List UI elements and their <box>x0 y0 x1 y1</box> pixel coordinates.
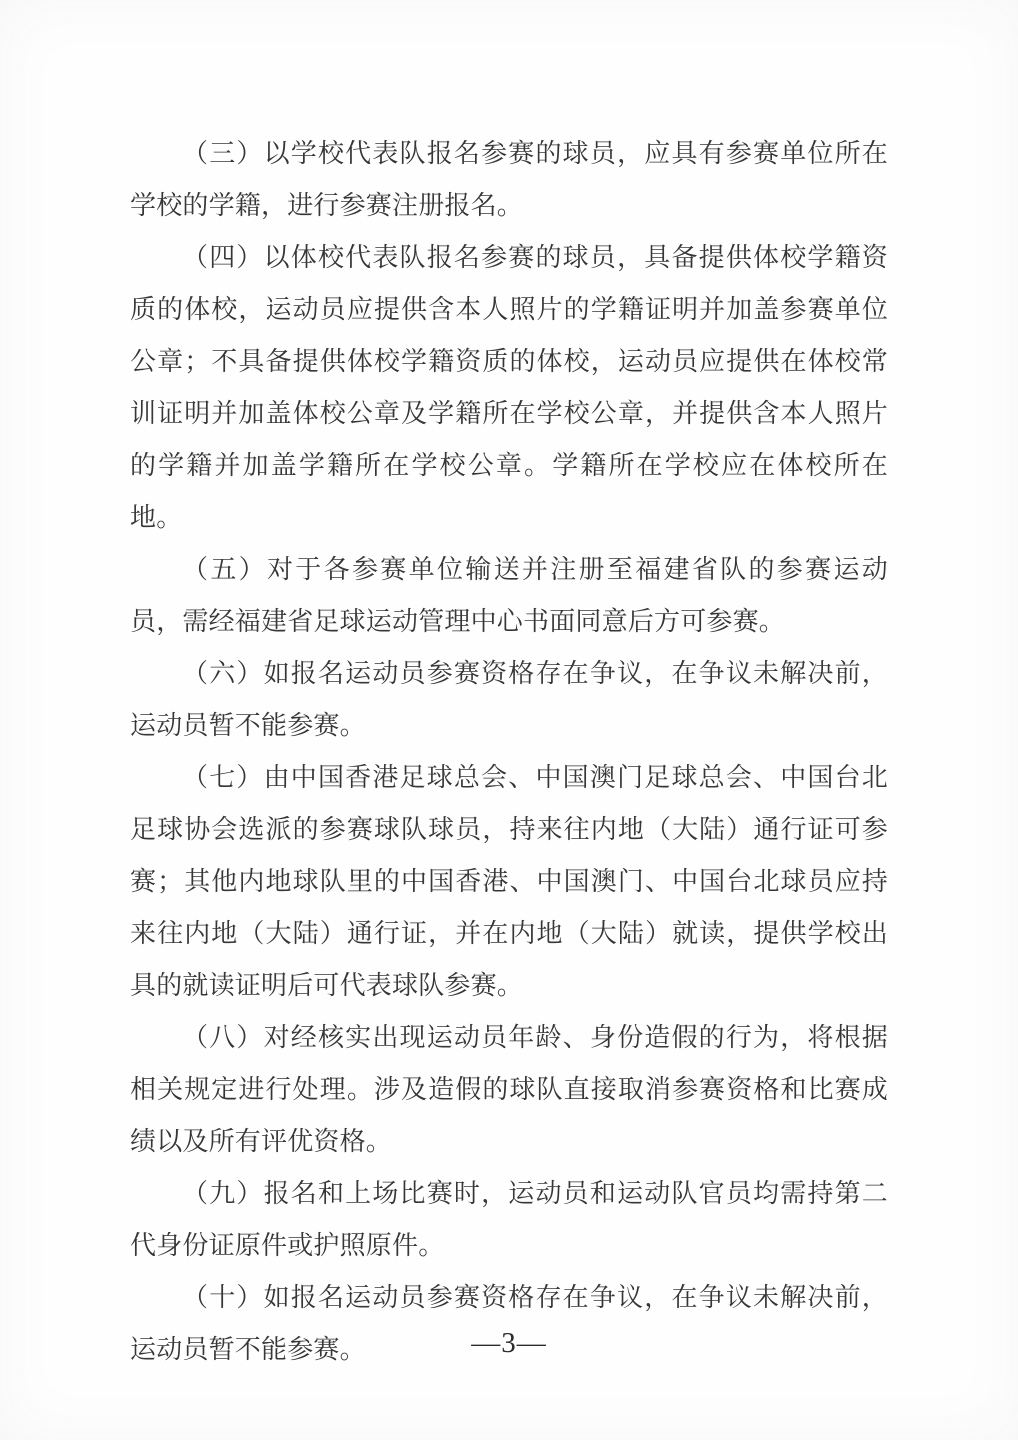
text-line: 的学籍并加盖学籍所在学校公章。学籍所在学校应在体校所在地。 <box>130 440 888 544</box>
page-number: —3— <box>0 1323 1018 1363</box>
text-line: 质的体校，运动员应提供含本人照片的学籍证明并加盖参赛单位 <box>130 284 888 336</box>
text-line: （八）对经核实出现运动员年龄、身份造假的行为，将根据 <box>130 1012 888 1064</box>
paragraph-item-5: （五）对于各参赛单位输送并注册至福建省队的参赛运动员，需经福建省足球运动管理中心… <box>130 544 888 648</box>
text-line: 具的就读证明后可代表球队参赛。 <box>130 960 888 1012</box>
text-line: 绩以及所有评优资格。 <box>130 1116 888 1168</box>
scanned-page: { "document": { "language": "zh-CN", "te… <box>0 0 1018 1440</box>
text-line: 运动员暂不能参赛。 <box>130 700 888 752</box>
text-line: （十）如报名运动员参赛资格存在争议，在争议未解决前， <box>130 1272 888 1324</box>
text-line: （三）以学校代表队报名参赛的球员，应具有参赛单位所在 <box>130 128 888 180</box>
text-line: 足球协会选派的参赛球队球员，持来往内地（大陆）通行证可参 <box>130 804 888 856</box>
paragraph-item-6: （六）如报名运动员参赛资格存在争议，在争议未解决前，运动员暂不能参赛。 <box>130 648 888 752</box>
text-line: 赛；其他内地球队里的中国香港、中国澳门、中国台北球员应持 <box>130 856 888 908</box>
text-line: 学校的学籍，进行参赛注册报名。 <box>130 180 888 232</box>
text-line: （五）对于各参赛单位输送并注册至福建省队的参赛运动 <box>130 544 888 596</box>
text-line: 训证明并加盖体校公章及学籍所在学校公章，并提供含本人照片 <box>130 388 888 440</box>
text-line: 员，需经福建省足球运动管理中心书面同意后方可参赛。 <box>130 596 888 648</box>
document-body: （三）以学校代表队报名参赛的球员，应具有参赛单位所在学校的学籍，进行参赛注册报名… <box>130 128 888 1376</box>
paragraph-item-8: （八）对经核实出现运动员年龄、身份造假的行为，将根据相关规定进行处理。涉及造假的… <box>130 1012 888 1168</box>
paragraph-item-4: （四）以体校代表队报名参赛的球员，具备提供体校学籍资质的体校，运动员应提供含本人… <box>130 232 888 544</box>
paragraph-item-9: （九）报名和上场比赛时，运动员和运动队官员均需持第二代身份证原件或护照原件。 <box>130 1168 888 1272</box>
text-line: （九）报名和上场比赛时，运动员和运动队官员均需持第二 <box>130 1168 888 1220</box>
text-line: （七）由中国香港足球总会、中国澳门足球总会、中国台北 <box>130 752 888 804</box>
text-line: 来往内地（大陆）通行证，并在内地（大陆）就读，提供学校出 <box>130 908 888 960</box>
text-line: 相关规定进行处理。涉及造假的球队直接取消参赛资格和比赛成 <box>130 1064 888 1116</box>
paragraph-item-3: （三）以学校代表队报名参赛的球员，应具有参赛单位所在学校的学籍，进行参赛注册报名… <box>130 128 888 232</box>
text-line: （四）以体校代表队报名参赛的球员，具备提供体校学籍资 <box>130 232 888 284</box>
text-line: 代身份证原件或护照原件。 <box>130 1220 888 1272</box>
text-line: （六）如报名运动员参赛资格存在争议，在争议未解决前， <box>130 648 888 700</box>
text-line: 公章；不具备提供体校学籍资质的体校，运动员应提供在体校常 <box>130 336 888 388</box>
paragraph-item-7: （七）由中国香港足球总会、中国澳门足球总会、中国台北足球协会选派的参赛球队球员，… <box>130 752 888 1012</box>
